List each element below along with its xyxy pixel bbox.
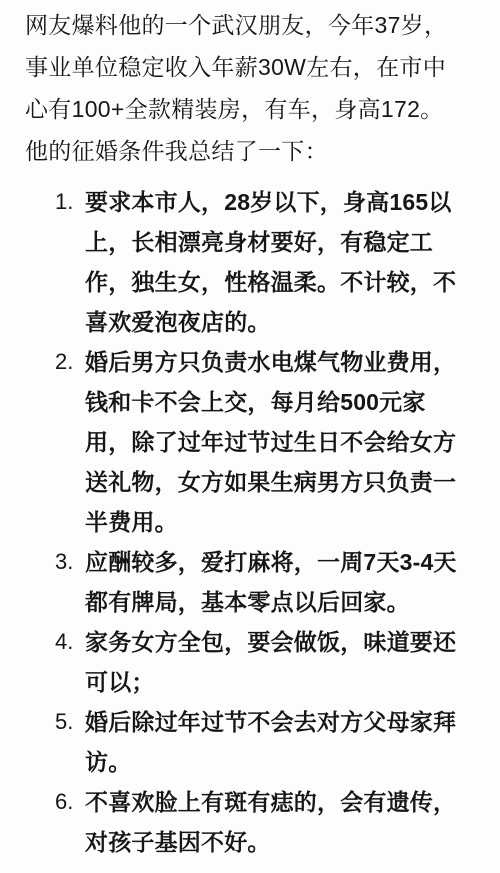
- list-item-1: 1. 要求本市人，28岁以下，身高165以上，长相漂亮身材要好，有稳定工作，独生…: [55, 182, 500, 342]
- list-item-number: 4.: [55, 622, 85, 662]
- list-item-text: 要求本市人，28岁以下，身高165以上，长相漂亮身材要好，有稳定工作，独生女，性…: [85, 182, 465, 342]
- list-item-5: 5. 婚后除过年过节不会去对方父母家拜访。: [55, 702, 500, 782]
- list-item-2: 2. 婚后男方只负责水电煤气物业费用，钱和卡不会上交，每月给500元家用，除了过…: [55, 342, 500, 542]
- list-item-text: 家务女方全包，要会做饭，味道要还可以；: [85, 622, 465, 702]
- list-item-number: 6.: [55, 782, 85, 822]
- list-item-number: 2.: [55, 342, 85, 382]
- list-item-text: 不喜欢脸上有斑有痣的，会有遗传，对孩子基因不好。: [85, 782, 465, 862]
- list-item-number: 5.: [55, 702, 85, 742]
- conditions-list: 1. 要求本市人，28岁以下，身高165以上，长相漂亮身材要好，有稳定工作，独生…: [25, 182, 500, 862]
- list-item-text: 应酬较多，爱打麻将，一周7天3-4天都有牌局，基本零点以后回家。: [85, 542, 465, 622]
- list-item-6: 6. 不喜欢脸上有斑有痣的，会有遗传，对孩子基因不好。: [55, 782, 500, 862]
- list-item-number: 3.: [55, 542, 85, 582]
- list-item-number: 1.: [55, 182, 85, 222]
- list-item-3: 3. 应酬较多，爱打麻将，一周7天3-4天都有牌局，基本零点以后回家。: [55, 542, 500, 622]
- list-item-text: 婚后除过年过节不会去对方父母家拜访。: [85, 702, 465, 782]
- text-post-screenshot: 网友爆料他的一个武汉朋友，今年37岁，事业单位稳定收入年薪30W左右，在市中心有…: [0, 0, 500, 873]
- list-item-text: 婚后男方只负责水电煤气物业费用，钱和卡不会上交，每月给500元家用，除了过年过节…: [85, 342, 465, 542]
- intro-paragraph: 网友爆料他的一个武汉朋友，今年37岁，事业单位稳定收入年薪30W左右，在市中心有…: [25, 4, 460, 172]
- list-item-4: 4. 家务女方全包，要会做饭，味道要还可以；: [55, 622, 500, 702]
